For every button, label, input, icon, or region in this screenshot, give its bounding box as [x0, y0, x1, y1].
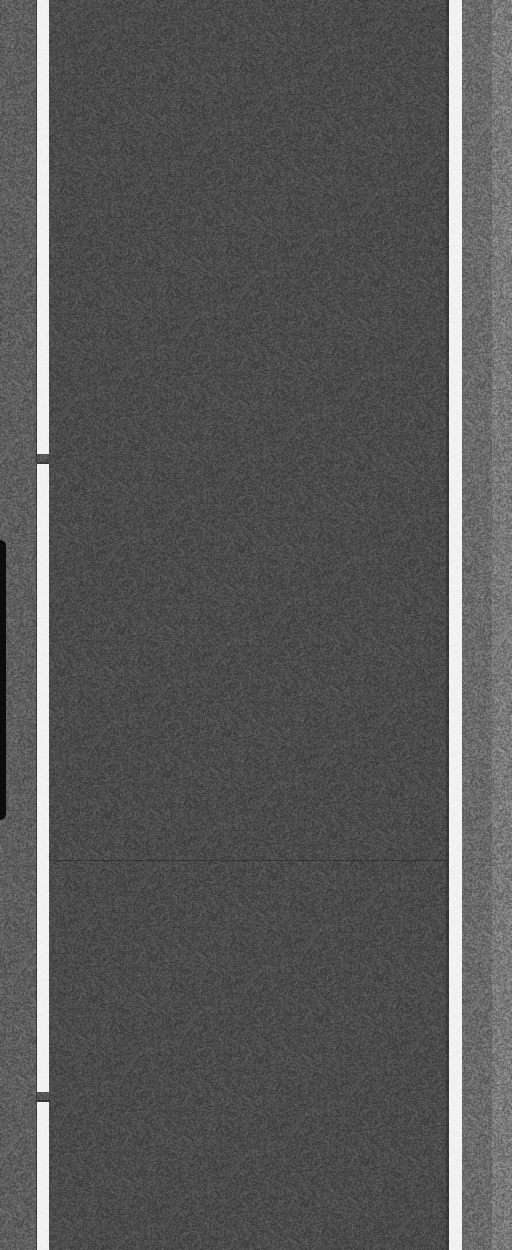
road-scene	[0, 0, 512, 1250]
texture-noise	[0, 0, 512, 1250]
